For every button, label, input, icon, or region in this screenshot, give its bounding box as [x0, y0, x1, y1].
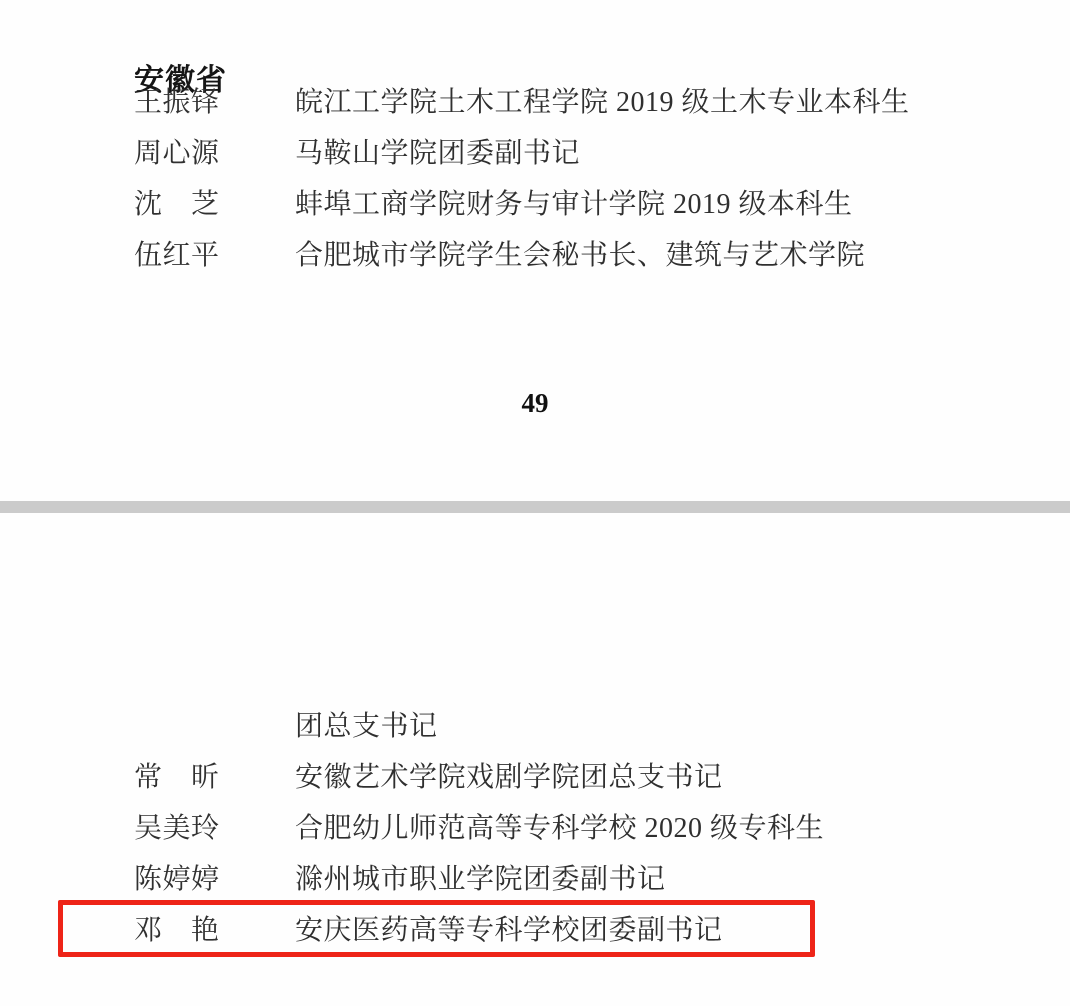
list-item: 王振铎 皖江工学院土木工程学院 2019 级土木专业本科生 — [134, 74, 1070, 125]
list-item: 吴美玲 合肥幼儿师范高等专科学校 2020 级专科生 — [134, 800, 1070, 851]
recipient-description: 皖江工学院土木工程学院 2019 级土木专业本科生 — [295, 80, 910, 120]
document-viewport: 安徽省 王振铎 皖江工学院土木工程学院 2019 级土木专业本科生 周心源 马鞍… — [0, 0, 1070, 1006]
recipient-description: 合肥城市学院学生会秘书长、建筑与艺术学院 — [295, 233, 865, 273]
recipient-name: 陈婷婷 — [134, 857, 220, 897]
recipient-name: 邓 艳 — [134, 908, 220, 948]
list-item: 常 昕 安徽艺术学院戏剧学院团总支书记 — [134, 749, 1070, 800]
page-49: 安徽省 王振铎 皖江工学院土木工程学院 2019 级土木专业本科生 周心源 马鞍… — [0, 0, 1070, 501]
recipient-description: 团总支书记 — [295, 704, 438, 744]
list-item: 沈 芝 蚌埠工商学院财务与审计学院 2019 级本科生 — [134, 176, 1070, 227]
list-item: 陈婷婷 滁州城市职业学院团委副书记 — [134, 851, 1070, 902]
recipient-description: 合肥幼儿师范高等专科学校 2020 级专科生 — [295, 806, 824, 846]
recipient-name: 沈 芝 — [134, 182, 220, 222]
recipient-name: 周心源 — [134, 131, 220, 171]
recipient-description: 安庆医药高等专科学校团委副书记 — [295, 908, 723, 948]
recipient-list-top: 王振铎 皖江工学院土木工程学院 2019 级土木专业本科生 周心源 马鞍山学院团… — [134, 74, 1070, 278]
list-item: 团总支书记 — [134, 698, 1070, 749]
list-item: 伍红平 合肥城市学院学生会秘书长、建筑与艺术学院 — [134, 227, 1070, 278]
recipient-description: 滁州城市职业学院团委副书记 — [295, 857, 666, 897]
recipient-description: 安徽艺术学院戏剧学院团总支书记 — [295, 755, 723, 795]
page-next: 团总支书记 常 昕 安徽艺术学院戏剧学院团总支书记 吴美玲 合肥幼儿师范高等专科… — [0, 513, 1070, 1006]
recipient-name: 常 昕 — [134, 755, 220, 795]
page-number: 49 — [0, 388, 1070, 419]
recipient-name: 伍红平 — [134, 233, 220, 273]
recipient-list-bottom: 团总支书记 常 昕 安徽艺术学院戏剧学院团总支书记 吴美玲 合肥幼儿师范高等专科… — [134, 698, 1070, 953]
list-item-highlighted: 邓 艳 安庆医药高等专科学校团委副书记 — [134, 902, 1070, 953]
recipient-description: 蚌埠工商学院财务与审计学院 2019 级本科生 — [295, 182, 853, 222]
recipient-name: 吴美玲 — [134, 806, 220, 846]
recipient-name: 王振铎 — [134, 80, 220, 120]
recipient-description: 马鞍山学院团委副书记 — [295, 131, 580, 171]
list-item: 周心源 马鞍山学院团委副书记 — [134, 125, 1070, 176]
